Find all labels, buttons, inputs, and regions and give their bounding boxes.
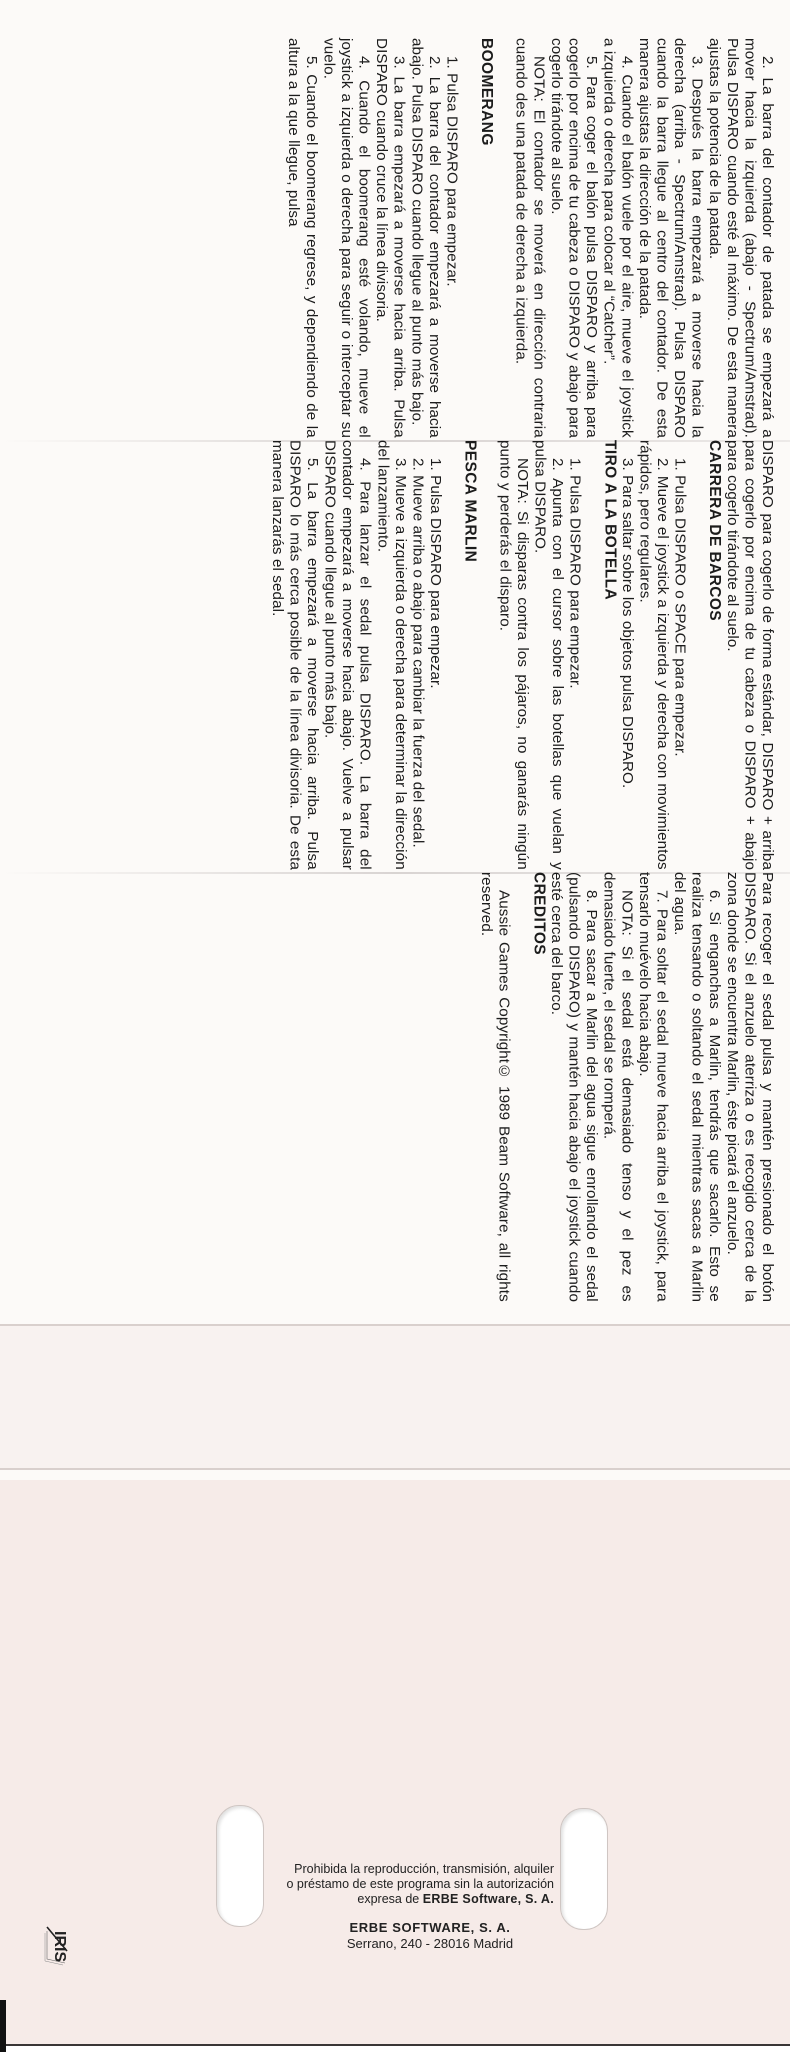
section-heading: PESCA MARLIN [461, 440, 479, 870]
instruction-paragraph: 4. Cuando el balón vuele por el aire, mu… [600, 38, 635, 438]
scan-edge [0, 2000, 6, 2052]
instruction-paragraph: Para recoger el sedal pulsa y mantén pre… [723, 872, 776, 1302]
section-heading: TIRO A LA BOTELLA [601, 440, 619, 870]
instruction-paragraph: 3. La barra empezará a moverse hacia arr… [373, 38, 408, 438]
instructions-panel-1: 2. La barra del contador de patada se em… [285, 38, 776, 438]
instruction-paragraph: 5. Para coger el balón pulsa DISPARO y a… [547, 38, 600, 438]
instruction-paragraph: 8. Para sacar a Marlin del agua sigue en… [547, 872, 600, 1302]
instruction-paragraph: 6. Si enganchas a Marlin, tendrás que sa… [670, 872, 723, 1302]
section-heading: CARRERA DE BARCOS [706, 440, 724, 870]
svg-text:ARTES GRAFICAS: ARTES GRAFICAS [40, 1931, 41, 1966]
instruction-paragraph: NOTA: El contador se moverá en dirección… [512, 38, 547, 438]
publisher-name: ERBE SOFTWARE, S. A. [300, 1920, 560, 1936]
instruction-paragraph: 1. Pulsa DISPARO para empezar. [566, 440, 584, 870]
instruction-paragraph: Aussie Games Copyright© 1989 Beam Softwa… [478, 872, 513, 1302]
instruction-paragraph: 7. Para soltar el sedal mueve hacia arri… [635, 872, 670, 1302]
instruction-paragraph: 5. La barra empezará a moverse hacia arr… [268, 440, 321, 870]
legal-line-3: expresa de ERBE Software, S. A. [254, 1892, 554, 1907]
instruction-paragraph: 2. La barra del contador de patada se em… [706, 38, 776, 438]
copyright-notice: Prohibida la reproducción, transmisión, … [254, 1862, 554, 1907]
instruction-paragraph: 4. Para lanzar el sedal pulsa DISPARO. L… [321, 440, 374, 870]
instruction-paragraph: 3. Mueve a izquierda o derecha para dete… [374, 440, 409, 870]
legal-line-1: Prohibida la reproducción, transmisión, … [254, 1862, 554, 1877]
instruction-paragraph: 2. Mueve arriba o abajo para cambiar la … [409, 440, 427, 870]
bottom-flap [0, 1480, 790, 2046]
publisher-block: ERBE SOFTWARE, S. A. Serrano, 240 - 2801… [300, 1920, 560, 1952]
punched-slot [560, 1808, 608, 1930]
instruction-paragraph: 4. Cuando el boomerang esté volando, mue… [320, 38, 373, 438]
instruction-paragraph: 2. La barra del contador empezará a move… [408, 38, 443, 438]
printer-logo-icon: IRIS ARTES GRAFICAS [40, 1910, 80, 1980]
instruction-paragraph: 3. Para saltar sobre los objetos pulsa D… [618, 440, 636, 870]
section-heading: BOOMERANG [478, 38, 496, 438]
instruction-paragraph: 1. Pulsa DISPARO para empezar. [443, 38, 461, 438]
instruction-paragraph: 5. Cuando el boomerang regrese, y depend… [285, 38, 320, 438]
instruction-paragraph: NOTA: Si el sedal está demasiado tenso y… [600, 872, 635, 1302]
instruction-paragraph: 1. Pulsa DISPARO o SPACE para empezar. [671, 440, 689, 870]
instruction-paragraph: NOTA: Si disparas contra los pájaros, no… [496, 440, 531, 870]
instructions-panel-3: Para recoger el sedal pulsa y mantén pre… [478, 872, 777, 1302]
instruction-paragraph: 2. Apunta con el cursor sobre las botell… [531, 440, 566, 870]
fold-line [0, 1468, 790, 1470]
instruction-paragraph: DISPARO para cogerlo de forma estándar, … [723, 440, 776, 870]
section-heading: CREDITOS [530, 872, 548, 1302]
instruction-paragraph: 2. Mueve el joystick a izquierda y derec… [636, 440, 671, 870]
publisher-address: Serrano, 240 - 28016 Madrid [300, 1936, 560, 1952]
instruction-paragraph: 1. Pulsa DISPARO para empezar. [427, 440, 445, 870]
instructions-panel-2: DISPARO para cogerlo de forma estándar, … [268, 440, 776, 870]
legal-line-2: o préstamo de este programa sin la autor… [254, 1877, 554, 1892]
spine-strip [0, 1326, 790, 1468]
instruction-paragraph: 3. Después la barra empezará a moverse h… [635, 38, 705, 438]
